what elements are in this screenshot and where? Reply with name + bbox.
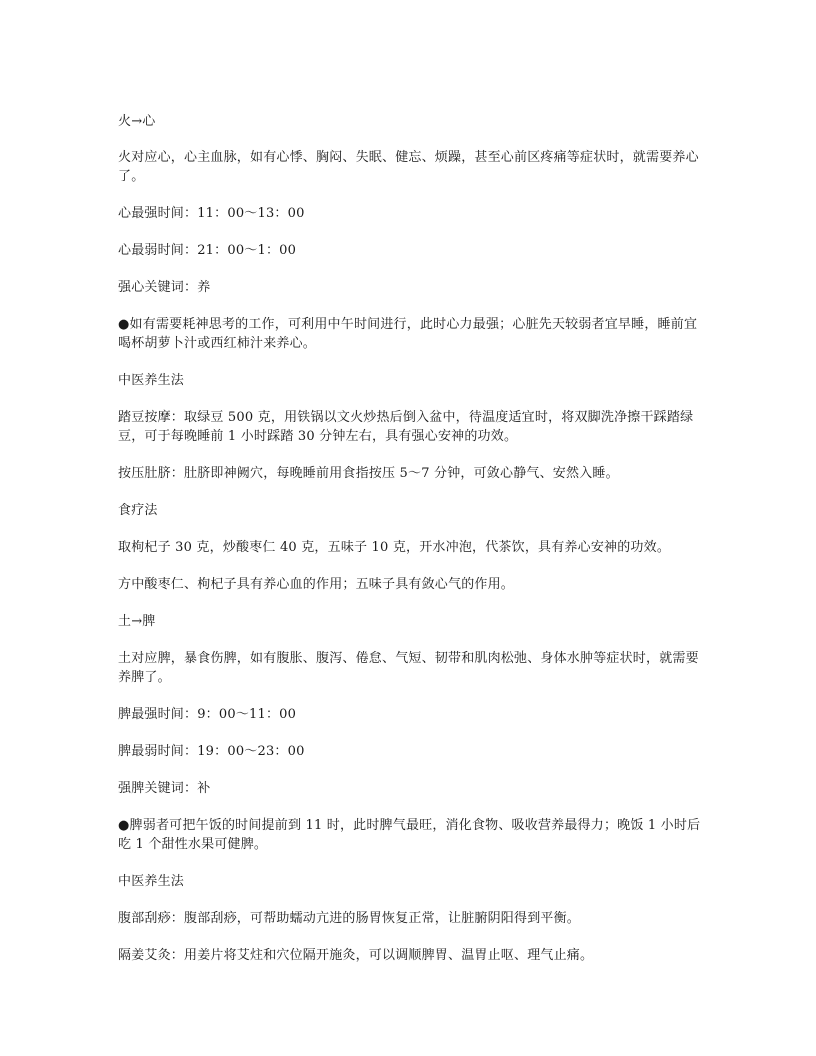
spleen-tip-bullet: ●脾弱者可把午饭的时间提前到 11 时，此时脾气最旺，消化食物、吸收营养最得力；… xyxy=(118,816,702,854)
paragraph-diet-explanation: 方中酸枣仁、枸杞子具有养心血的作用；五味子具有敛心气的作用。 xyxy=(118,575,514,594)
heart-tip-bullet: ●如有需要耗神思考的工作，可利用中午时间进行，此时心力最强；心脏先天较弱者宜早睡… xyxy=(118,315,702,353)
paragraph-diet-recipe: 取枸杞子 30 克，炒酸枣仁 40 克，五味子 10 克，开水冲泡，代茶饮，具有… xyxy=(118,538,670,557)
heart-keyword: 强心关键词：养 xyxy=(118,278,210,297)
paragraph-abdominal-scraping: 腹部刮痧：腹部刮痧，可帮助蠕动亢进的肠胃恢复正常，让脏腑阴阳得到平衡。 xyxy=(118,909,580,928)
paragraph-heart-intro: 火对应心，心主血脉，如有心悸、胸闷、失眠、健忘、烦躁，甚至心前区疼痛等症状时，就… xyxy=(118,148,702,186)
heading-fire-heart: 火→心 xyxy=(118,112,156,131)
subheading-tcm-method-spleen: 中医养生法 xyxy=(118,872,184,891)
heart-weakest-time: 心最弱时间：21：00～1：00 xyxy=(118,241,296,260)
subheading-tcm-method-heart: 中医养生法 xyxy=(118,371,184,390)
paragraph-navel-press: 按压肚脐：肚脐即神阙穴，每晚睡前用食指按压 5～7 分钟，可敛心静气、安然入睡。 xyxy=(118,464,619,483)
spleen-strongest-time: 脾最强时间：9：00～11：00 xyxy=(118,705,296,724)
spleen-weakest-time: 脾最弱时间：19：00～23：00 xyxy=(118,742,305,761)
heart-strongest-time: 心最强时间：11：00～13：00 xyxy=(118,204,305,223)
paragraph-bean-massage: 踏豆按摩：取绿豆 500 克，用铁锅以文火炒热后倒入盆中，待温度适宜时，将双脚洗… xyxy=(118,408,702,446)
heading-earth-spleen: 土→脾 xyxy=(118,612,156,631)
spleen-keyword: 强脾关键词：补 xyxy=(118,779,210,798)
subheading-diet-therapy: 食疗法 xyxy=(118,501,158,520)
paragraph-spleen-intro: 土对应脾，暴食伤脾，如有腹胀、腹泻、倦怠、气短、韧带和肌肉松弛、身体水肿等症状时… xyxy=(118,649,702,687)
paragraph-ginger-moxibustion: 隔姜艾灸：用姜片将艾炷和穴位隔开施灸，可以调顺脾胃、温胃止呕、理气止痛。 xyxy=(118,946,593,965)
